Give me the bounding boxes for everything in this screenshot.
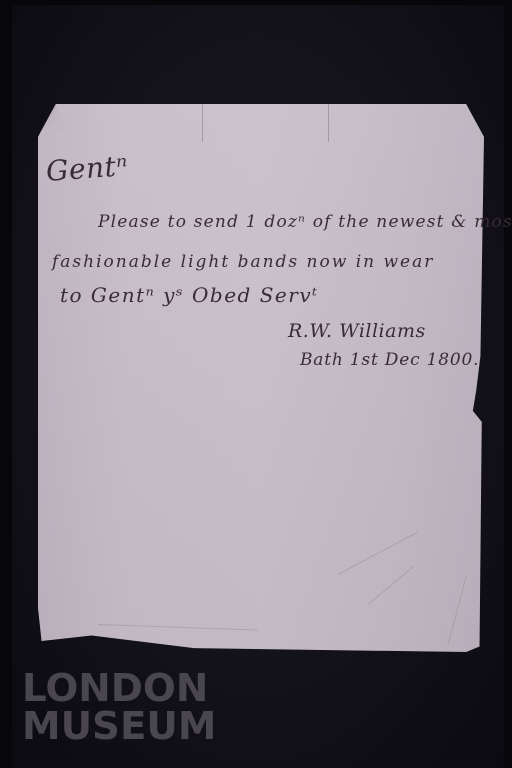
crease (448, 577, 467, 645)
letter-salutation: Gentⁿ (45, 149, 129, 188)
slide-edge-left (0, 0, 12, 768)
letter-paper (38, 104, 484, 652)
fold-line (328, 104, 329, 142)
letter-signature: R.W. Williams (288, 320, 426, 342)
letter-body-line: Please to send 1 dozⁿ of the newest & mo… (98, 212, 512, 232)
slide-edge-right (504, 0, 512, 768)
watermark-line-2: MUSEUM (22, 708, 216, 746)
watermark-line-1: LONDON (22, 670, 216, 708)
museum-watermark: LONDON MUSEUM (22, 670, 216, 746)
crease (338, 532, 418, 575)
slide-edge-top (0, 0, 512, 5)
letter-body-line: to Gentⁿ yˢ Obed Servᵗ (60, 283, 319, 307)
fold-line (202, 104, 203, 142)
letter-date-line: Bath 1st Dec 1800. (300, 350, 479, 370)
crease (368, 566, 415, 605)
letter-body-line: fashionable light bands now in wear (52, 252, 434, 272)
crease (98, 624, 258, 631)
